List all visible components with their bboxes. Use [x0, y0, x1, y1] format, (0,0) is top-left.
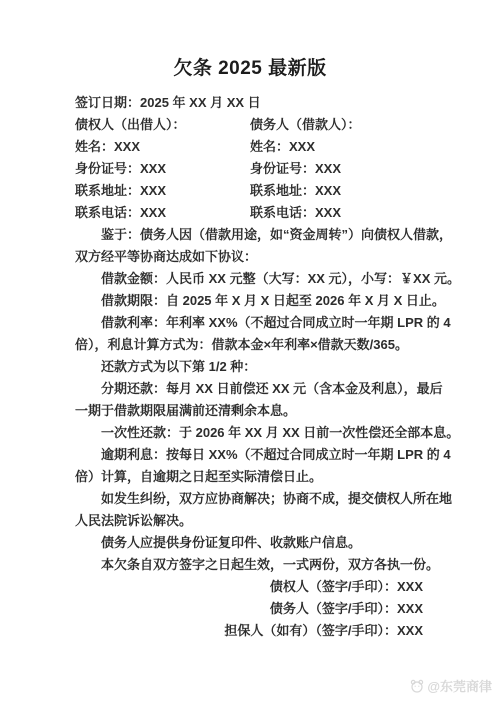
overdue-interest-text-2: 倍）计算，自逾期之日起至实际清偿日止。	[75, 469, 322, 484]
line-installment-1: 分期还款：每月 XX 日前偿还 XX 元（含本金及利息），最后	[75, 378, 431, 400]
line-interest-rate-2: 倍），利息计算方式为：借款本金×年利率×借款天数/365。	[75, 334, 431, 356]
guarantor-signature-text: 担保人（如有）（签字/手印）：XXX	[224, 623, 423, 638]
interest-rate-text-2: 倍），利息计算方式为：借款本金×年利率×借款天数/365。	[75, 337, 408, 352]
line-whereas-1: 鉴于：债务人因（借款用途，如“资金周转”）向债权人借款，	[75, 224, 431, 246]
loan-term-text: 借款期限：自 2025 年 X 月 X 日起至 2026 年 X 月 X 日止。	[101, 293, 445, 308]
debtor-phone: 联系电话：XXX	[250, 202, 341, 224]
line-names: 姓名：XXX 姓名：XXX	[75, 136, 431, 158]
installment-text-2: 一期于借款期限届满前还清剩余本息。	[75, 403, 296, 418]
debtor-address: 联系地址：XXX	[250, 180, 341, 202]
line-interest-rate-1: 借款利率：年利率 XX%（不超过合同成立时一年期 LPR 的 4	[75, 312, 431, 334]
panda-logo-icon	[410, 679, 424, 693]
lump-sum-text: 一次性还款：于 2026 年 XX 月 XX 日前一次性偿还全部本息。	[101, 425, 459, 440]
line-creditor-signature: 债权人（签字/手印）：XXX	[75, 576, 431, 598]
line-loan-amount: 借款金额：人民币 XX 元整（大写：XX 元），小写：￥XX 元。	[75, 268, 431, 290]
line-installment-2: 一期于借款期限届满前还清剩余本息。	[75, 400, 431, 422]
line-overdue-interest-2: 倍）计算，自逾期之日起至实际清偿日止。	[75, 466, 431, 488]
line-debtor-signature: 债务人（签字/手印）：XXX	[75, 598, 431, 620]
watermark: @东莞商律	[410, 676, 492, 695]
line-debtor-documents: 债务人应提供身份证复印件、收款账户信息。	[75, 532, 431, 554]
dispute-text-1: 如发生纠纷，双方应协商解决；协商不成，提交债权人所在地	[101, 491, 452, 506]
line-overdue-interest-1: 逾期利息：按每日 XX%（不超过合同成立时一年期 LPR 的 4	[75, 444, 431, 466]
whereas-text-2: 双方经平等协商达成如下协议：	[75, 249, 257, 264]
overdue-interest-text-1: 逾期利息：按每日 XX%（不超过合同成立时一年期 LPR 的 4	[101, 447, 451, 462]
line-whereas-2: 双方经平等协商达成如下协议：	[75, 246, 431, 268]
creditor-address: 联系地址：XXX	[75, 183, 166, 198]
installment-text-1: 分期还款：每月 XX 日前偿还 XX 元（含本金及利息），最后	[101, 381, 443, 396]
line-id-numbers: 身份证号：XXX 身份证号：XXX	[75, 158, 431, 180]
iou-document-page: 欠条 2025 最新版 签订日期：2025 年 XX 月 XX 日 债权人（出借…	[0, 0, 500, 707]
debtor-documents-text: 债务人应提供身份证复印件、收款账户信息。	[101, 535, 361, 550]
watermark-text: @东莞商律	[427, 676, 492, 695]
line-signing-date: 签订日期：2025 年 XX 月 XX 日	[75, 92, 431, 114]
loan-amount-text: 借款金额：人民币 XX 元整（大写：XX 元），小写：￥XX 元。	[101, 271, 460, 286]
dispute-text-2: 人民法院诉讼解决。	[75, 513, 192, 528]
debtor-id-number: 身份证号：XXX	[250, 158, 341, 180]
whereas-text-1: 鉴于：债务人因（借款用途，如“资金周转”）向债权人借款，	[101, 227, 452, 242]
debtor-signature-text: 债务人（签字/手印）：XXX	[270, 601, 423, 616]
creditor-name: 姓名：XXX	[75, 139, 140, 154]
line-repayment-method: 还款方式为以下第 1/2 种：	[75, 356, 431, 378]
effectiveness-text: 本欠条自双方签字之日起生效，一式两份，双方各执一份。	[101, 557, 439, 572]
line-loan-term: 借款期限：自 2025 年 X 月 X 日起至 2026 年 X 月 X 日止。	[75, 290, 431, 312]
line-party-labels: 债权人（出借人）： 债务人（借款人）：	[75, 114, 431, 136]
repayment-method-text: 还款方式为以下第 1/2 种：	[101, 359, 256, 374]
line-effectiveness: 本欠条自双方签字之日起生效，一式两份，双方各执一份。	[75, 554, 431, 576]
creditor-phone: 联系电话：XXX	[75, 205, 166, 220]
creditor-label: 债权人（出借人）：	[75, 117, 186, 132]
line-phones: 联系电话：XXX 联系电话：XXX	[75, 202, 431, 224]
line-lump-sum: 一次性还款：于 2026 年 XX 月 XX 日前一次性偿还全部本息。	[75, 422, 431, 444]
interest-rate-text-1: 借款利率：年利率 XX%（不超过合同成立时一年期 LPR 的 4	[101, 315, 451, 330]
line-dispute-2: 人民法院诉讼解决。	[75, 510, 431, 532]
debtor-name: 姓名：XXX	[250, 136, 315, 158]
debtor-label: 债务人（借款人）：	[250, 114, 361, 136]
line-guarantor-signature: 担保人（如有）（签字/手印）：XXX	[75, 620, 431, 642]
creditor-signature-text: 债权人（签字/手印）：XXX	[270, 579, 423, 594]
document-title: 欠条 2025 最新版	[0, 55, 500, 83]
line-addresses: 联系地址：XXX 联系地址：XXX	[75, 180, 431, 202]
creditor-id-number: 身份证号：XXX	[75, 161, 166, 176]
signing-date-text: 签订日期：2025 年 XX 月 XX 日	[75, 95, 261, 110]
document-body: 签订日期：2025 年 XX 月 XX 日 债权人（出借人）： 债务人（借款人）…	[75, 92, 431, 642]
line-dispute-1: 如发生纠纷，双方应协商解决；协商不成，提交债权人所在地	[75, 488, 431, 510]
